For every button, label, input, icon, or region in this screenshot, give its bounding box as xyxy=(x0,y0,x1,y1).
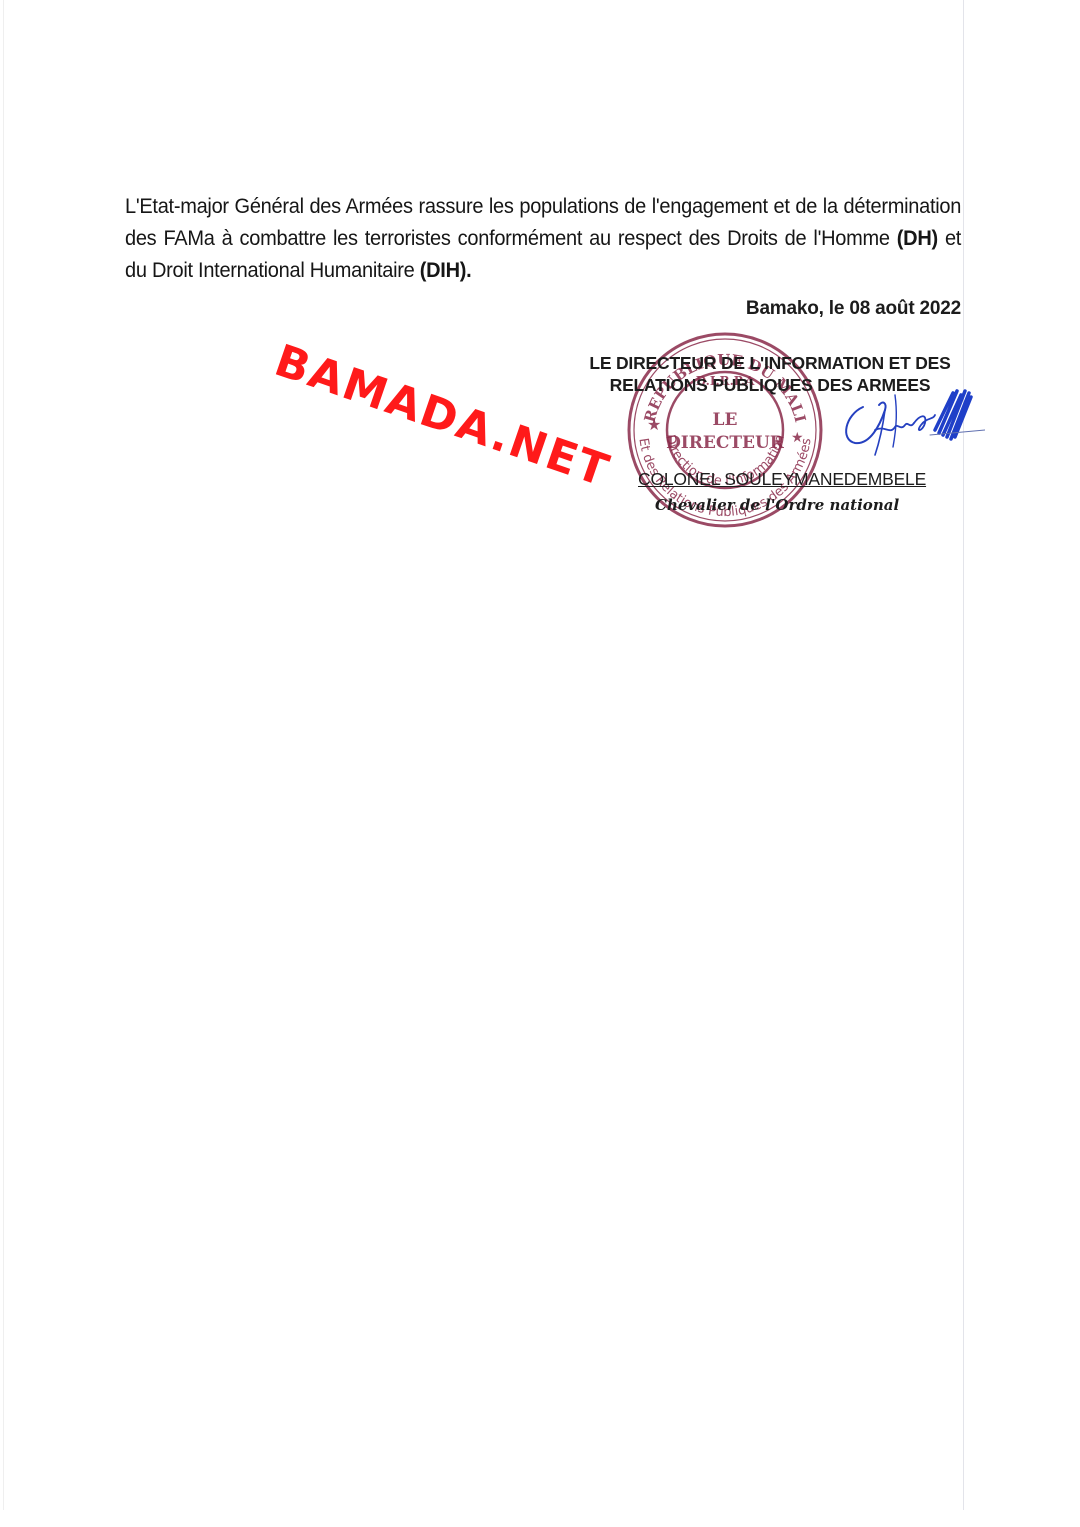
date-line: Bamako, le 08 août 2022 xyxy=(746,298,961,320)
signatory-title-line1: LE DIRECTEUR DE L'INFORMATION ET DES xyxy=(570,352,970,374)
stamp-center-line1: LE xyxy=(713,410,738,430)
paragraph-text: L'Etat-major Général des Armées rassure … xyxy=(125,194,961,250)
svg-text:★: ★ xyxy=(791,430,804,446)
dih-abbrev: (DIH). xyxy=(420,258,472,282)
stamp-center-line2: DIRECTEUR xyxy=(666,433,785,453)
document-page: L'Etat-major Général des Armées rassure … xyxy=(0,0,1080,1527)
scan-edge-line xyxy=(3,0,4,1510)
svg-text:★: ★ xyxy=(647,415,661,434)
watermark: BAMADA.NET xyxy=(268,335,616,497)
handwritten-signature-icon xyxy=(835,385,985,465)
signatory-distinction: Chevalier de l'Ordre national xyxy=(655,496,899,514)
body-paragraph: L'Etat-major Général des Armées rassure … xyxy=(125,190,961,286)
scan-margin-line xyxy=(963,0,964,1510)
signatory-name: COLONEL SOULEYMANEDEMBELE xyxy=(638,469,926,490)
dh-abbrev: (DH) xyxy=(897,226,938,250)
